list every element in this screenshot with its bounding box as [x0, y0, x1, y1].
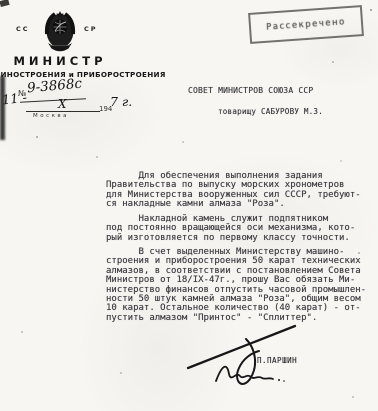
date-month-handwritten: X	[58, 97, 67, 111]
soviet-coat-of-arms-icon	[42, 10, 78, 55]
date-day-handwritten: 11 -	[1, 91, 28, 109]
number-underline	[20, 98, 86, 102]
scanned-letter: СС СР МИНИСТР МАШИНОСТРОЕНИЯ и ПРИБОРОСТ…	[0, 0, 378, 411]
declassified-stamp: Рассекречено	[248, 5, 364, 44]
body-paragraph-1: Для обеспечения выполнения задания Прави…	[106, 172, 376, 210]
body-paragraph-3: В счет выделенных Министерству машино- с…	[106, 248, 376, 323]
scan-noise-specks	[0, 0, 2, 2]
letterhead-city: Москва	[26, 113, 76, 119]
body-paragraph-2: Накладной камень служит подпятником под …	[106, 215, 376, 243]
document-number-handwritten: 9-3868с	[26, 76, 82, 97]
emblem-right-initials: СР	[84, 25, 98, 33]
declassified-stamp-text: Рассекречено	[266, 17, 346, 33]
recipient-organization: СОВЕТ МИНИСТРОВ СОЮЗА ССР	[188, 86, 313, 95]
recipient-person: товарищу САБУРОВУ М.З.	[218, 107, 323, 116]
year-handwritten: 7 г.	[110, 94, 132, 109]
date-underline	[26, 111, 100, 112]
letterhead-minister-title: МИНИСТР	[10, 54, 110, 68]
handwritten-signature	[148, 318, 348, 398]
signatory-typed-name: П.ПАРШИН	[257, 356, 297, 365]
emblem-left-initials: СС	[16, 25, 30, 33]
